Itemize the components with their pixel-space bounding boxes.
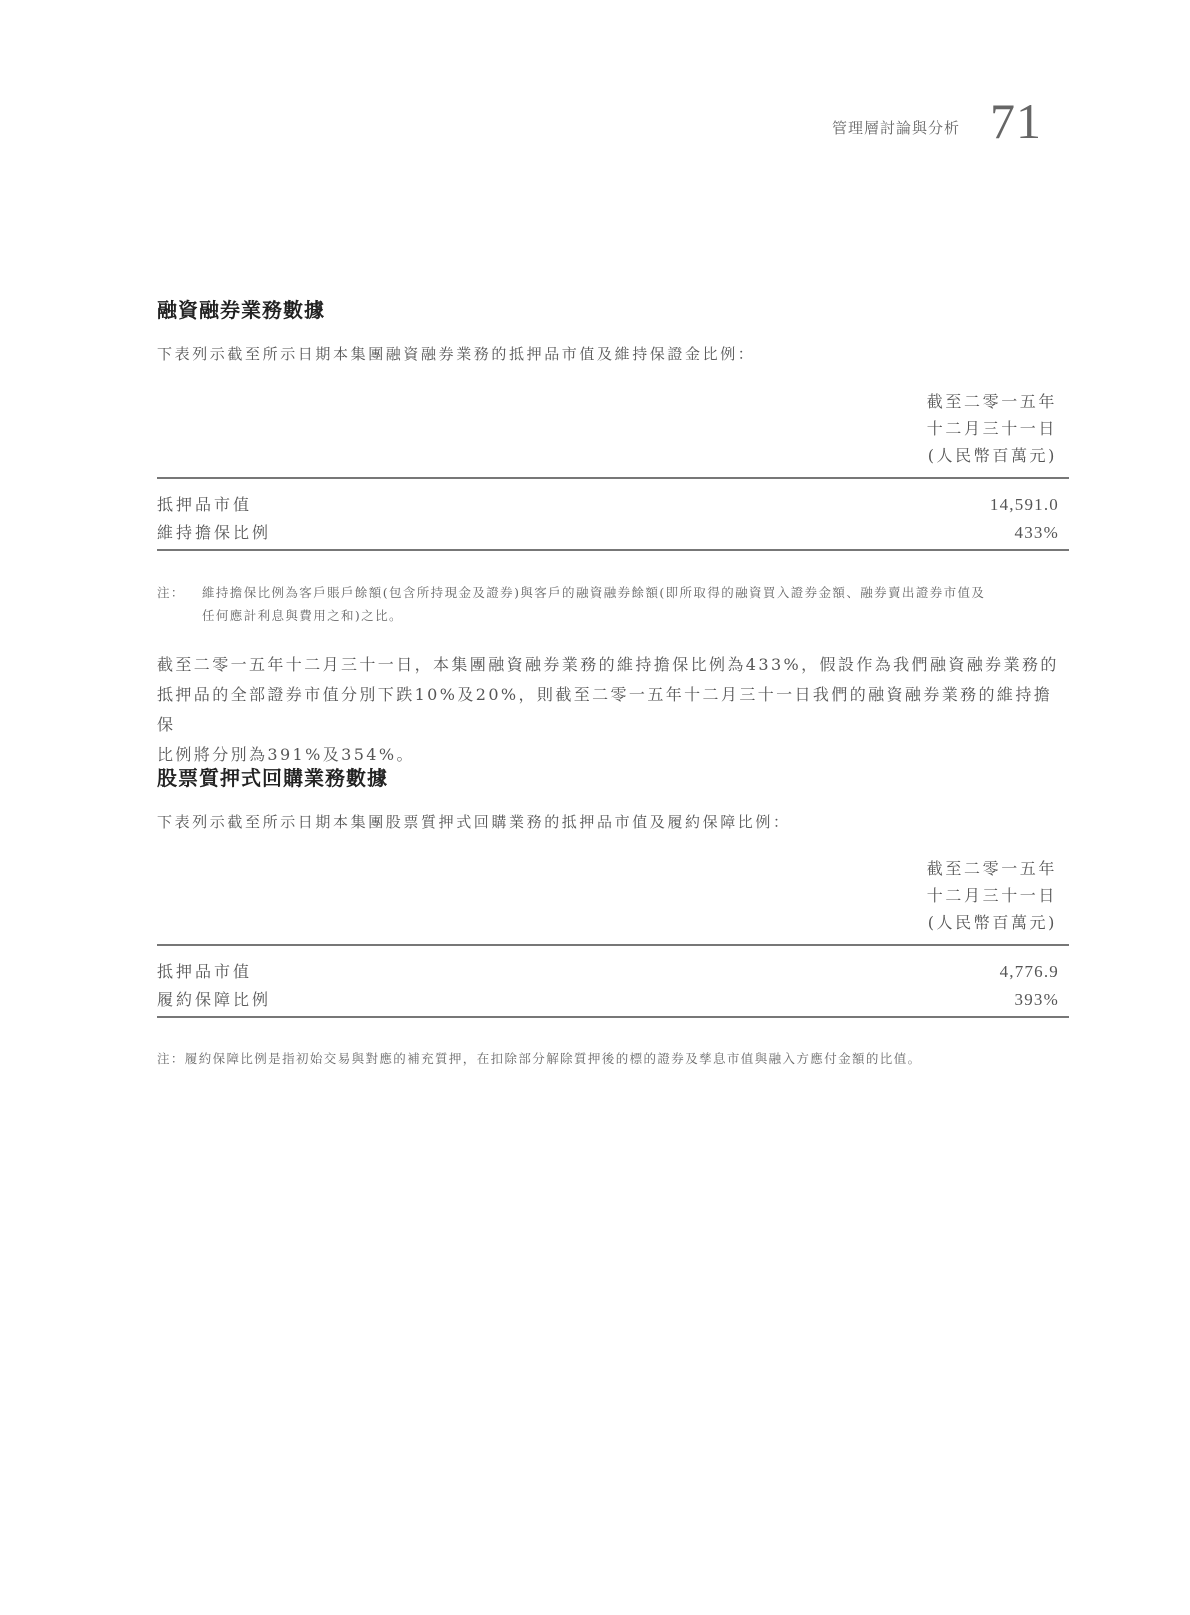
stock-pledge-table: 截至二零一五年 十二月三十一日 (人民幣百萬元) 抵押品市值 4,776.9 履… [157, 855, 1069, 1018]
row-label: 履約保障比例 [157, 986, 271, 1014]
column-header-line: 截至二零一五年 [157, 388, 1069, 415]
section-margin-financing: 融資融券業務數據 下表列示截至所示日期本集團融資融券業務的抵押品市值及維持保證金… [157, 294, 1069, 364]
section-intro: 下表列示截至所示日期本集團股票質押式回購業務的抵押品市值及履約保障比例： [157, 811, 1069, 832]
table-rule-bottom [157, 1016, 1069, 1018]
table-row: 抵押品市值 4,776.9 [157, 958, 1069, 986]
note-prefix: 注： [157, 581, 202, 627]
page-number: 71 [990, 96, 1042, 146]
page-header: 管理層討論與分析 71 [832, 96, 1042, 146]
column-header-line: 十二月三十一日 [157, 882, 1069, 909]
body-paragraph: 截至二零一五年十二月三十一日，本集團融資融券業務的維持擔保比例為433%，假設作… [157, 650, 1069, 770]
table-rule-bottom [157, 549, 1069, 551]
table-row: 維持擔保比例 433% [157, 519, 1069, 547]
section-intro: 下表列示截至所示日期本集團融資融券業務的抵押品市值及維持保證金比例： [157, 343, 1069, 364]
column-header-line: (人民幣百萬元) [157, 442, 1069, 469]
footnote-margin: 注： 維持擔保比例為客戶賬戶餘額(包含所持現金及證券)與客戶的融資融券餘額(即所… [157, 581, 1069, 627]
row-label: 維持擔保比例 [157, 519, 271, 547]
table-row: 履約保障比例 393% [157, 986, 1069, 1014]
note-line: 任何應計利息與費用之和)之比。 [202, 604, 985, 627]
row-value: 14,591.0 [990, 491, 1069, 519]
paragraph-line: 抵押品的全部證券市值分別下跌10%及20%，則截至二零一五年十二月三十一日我們的… [157, 680, 1069, 740]
row-label: 抵押品市值 [157, 958, 252, 986]
margin-financing-table: 截至二零一五年 十二月三十一日 (人民幣百萬元) 抵押品市值 14,591.0 … [157, 388, 1069, 551]
row-value: 433% [1015, 519, 1069, 547]
table-row: 抵押品市值 14,591.0 [157, 491, 1069, 519]
paragraph-line: 截至二零一五年十二月三十一日，本集團融資融券業務的維持擔保比例為433%，假設作… [157, 650, 1069, 680]
row-value: 4,776.9 [1000, 958, 1069, 986]
column-header: 截至二零一五年 十二月三十一日 (人民幣百萬元) [157, 855, 1069, 936]
note-line: 維持擔保比例為客戶賬戶餘額(包含所持現金及證券)與客戶的融資融券餘額(即所取得的… [202, 581, 985, 604]
chapter-title: 管理層討論與分析 [832, 117, 960, 138]
column-header-line: 截至二零一五年 [157, 855, 1069, 882]
column-header: 截至二零一五年 十二月三十一日 (人民幣百萬元) [157, 388, 1069, 469]
row-label: 抵押品市值 [157, 491, 252, 519]
footnote-stock-pledge: 注：履約保障比例是指初始交易與對應的補充質押，在扣除部分解除質押後的標的證券及孳… [157, 1047, 1069, 1070]
section-stock-pledge: 股票質押式回購業務數據 下表列示截至所示日期本集團股票質押式回購業務的抵押品市值… [157, 762, 1069, 832]
column-header-line: (人民幣百萬元) [157, 909, 1069, 936]
row-value: 393% [1015, 986, 1069, 1014]
section-title: 融資融券業務數據 [157, 294, 1069, 323]
section-title: 股票質押式回購業務數據 [157, 762, 1069, 791]
column-header-line: 十二月三十一日 [157, 415, 1069, 442]
